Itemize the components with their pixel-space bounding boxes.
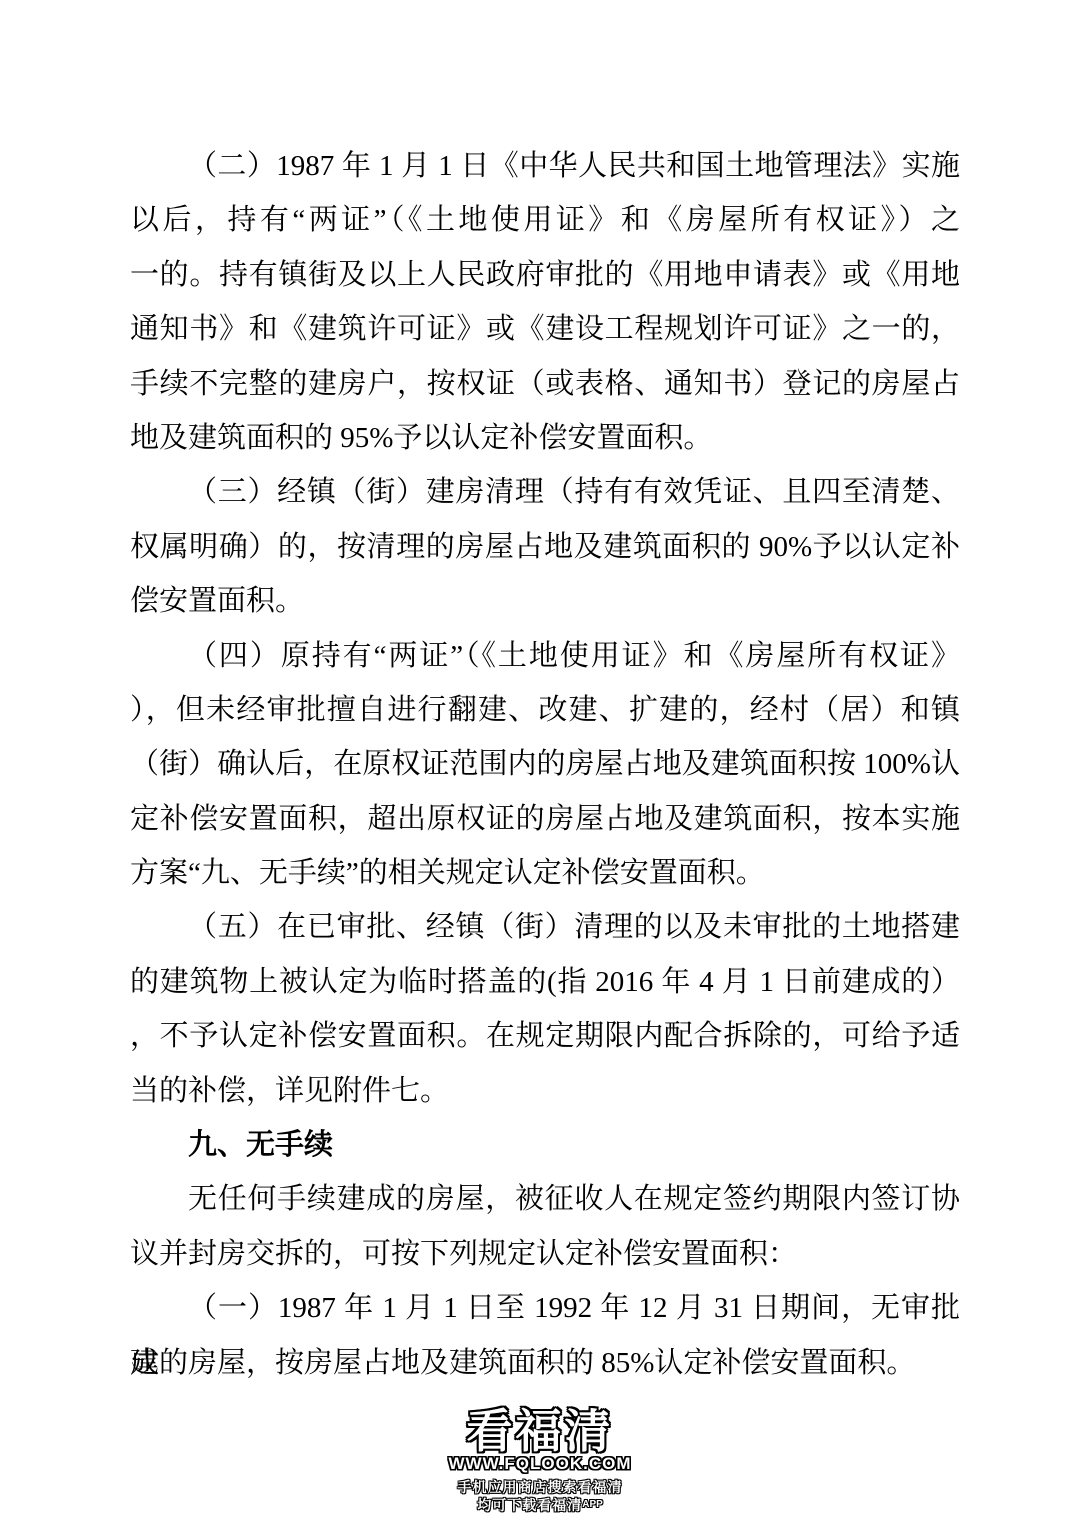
text-line: 权属明确）的，按清理的房屋占地及建筑面积的 90%予以认定补 <box>130 520 960 574</box>
text-line: ，不予认定补偿安置面积。在规定期限内配合拆除的，可给予适 <box>130 1009 960 1063</box>
watermark-note-line2-text: 均可下载看福清 <box>477 1497 582 1513</box>
text-line: （一）1987 年 1 月 1 日至 1992 年 12 月 31 日期间，无审… <box>130 1281 960 1335</box>
text-line: （三）经镇（街）建房清理（持有有效凭证、且四至清楚、 <box>130 465 960 519</box>
text-line: （五）在已审批、经镇（街）清理的以及未审批的土地搭建 <box>130 900 960 954</box>
text-line: 当的补偿，详见附件七。 <box>130 1064 960 1118</box>
text-line: ），但未经审批擅自进行翻建、改建、扩建的，经村（居）和镇 <box>130 683 960 737</box>
text-line: 的建筑物上被认定为临时搭盖的(指 2016 年 4 月 1 日前建成的） <box>130 955 960 1009</box>
watermark-app-suffix: APP <box>582 1499 603 1510</box>
text-line: 手续不完整的建房户，按权证（或表格、通知书）登记的房屋占 <box>130 357 960 411</box>
watermark-logo-text: 看福清 <box>0 1406 1080 1456</box>
text-line: 成的房屋，按房屋占地及建筑面积的 85%认定补偿安置面积。 <box>130 1336 960 1390</box>
document-page: （二）1987 年 1 月 1 日《中华人民共和国土地管理法》实施以后，持有“两… <box>0 0 1080 1527</box>
text-line: 议并封房交拆的，可按下列规定认定补偿安置面积： <box>130 1227 960 1281</box>
watermark-website-url: WWW.FQLOOK.COM <box>0 1455 1080 1472</box>
watermark: 看福清 WWW.FQLOOK.COM 手机应用商店搜索看福清 均可下载看福清AP… <box>0 1406 1080 1514</box>
text-line: 以后，持有“两证”（《土地使用证》和《房屋所有权证》）之 <box>130 193 960 247</box>
text-line: （四）原持有“两证”（《土地使用证》和《房屋所有权证》 <box>130 629 960 683</box>
document-text-block: （二）1987 年 1 月 1 日《中华人民共和国土地管理法》实施以后，持有“两… <box>130 139 960 1390</box>
watermark-note-line1: 手机应用商店搜索看福清 <box>0 1479 1080 1496</box>
text-line: 定补偿安置面积，超出原权证的房屋占地及建筑面积，按本实施 <box>130 792 960 846</box>
text-line: 方案“九、无手续”的相关规定认定补偿安置面积。 <box>130 846 960 900</box>
text-line: （街）确认后，在原权证范围内的房屋占地及建筑面积按 100%认 <box>130 737 960 791</box>
section-heading: 九、无手续 <box>130 1118 960 1172</box>
text-line: 一的。持有镇街及以上人民政府审批的《用地申请表》或《用地 <box>130 248 960 302</box>
text-line: 偿安置面积。 <box>130 574 960 628</box>
text-line: （二）1987 年 1 月 1 日《中华人民共和国土地管理法》实施 <box>130 139 960 193</box>
text-line: 无任何手续建成的房屋，被征收人在规定签约期限内签订协 <box>130 1172 960 1226</box>
text-line: 地及建筑面积的 95%予以认定补偿安置面积。 <box>130 411 960 465</box>
watermark-note-line2: 均可下载看福清APP <box>0 1496 1080 1514</box>
text-line: 通知书》和《建筑许可证》或《建设工程规划许可证》之一的， <box>130 302 960 356</box>
